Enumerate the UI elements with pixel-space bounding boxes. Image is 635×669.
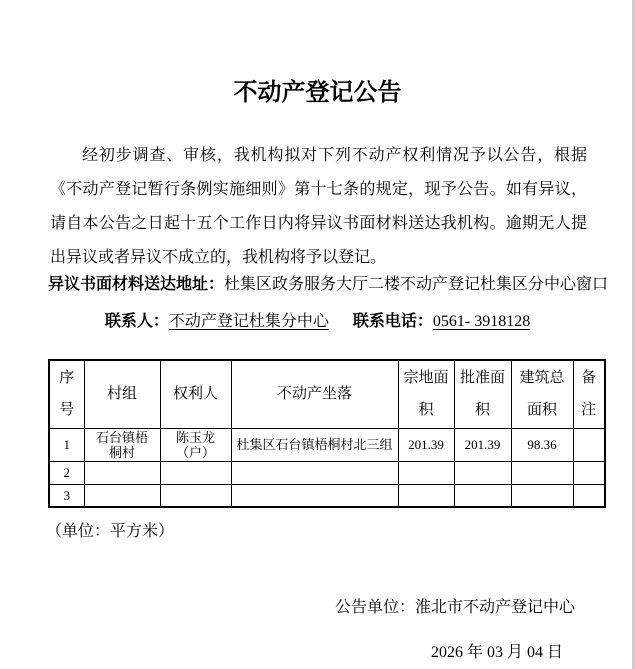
- cell-village: [84, 484, 160, 507]
- col-header-seq: 序 号: [49, 360, 84, 428]
- contact-person-label: 联系人：: [105, 313, 169, 330]
- cell-approved-area: [454, 484, 511, 507]
- col-header-rightsholder: 权利人: [160, 360, 231, 428]
- cell-approved-area: [454, 461, 511, 484]
- announcement-table: 序 号 村组 权利人 不动产坐落 宗地面 积 批准面 积 建筑总 面积 备 注 …: [48, 359, 606, 508]
- cell-seq: 2: [49, 461, 84, 484]
- issuer-line: 公告单位：淮北市不动产登记中心: [335, 594, 575, 617]
- cell-rightsholder: [160, 461, 231, 484]
- objection-address-line: 异议书面材料送达地址：杜集区政务服务大厅二楼不动产登记杜集区分中心窗口: [48, 271, 633, 294]
- cell-seq: 1: [49, 428, 84, 461]
- cell-village: [84, 461, 160, 484]
- announcement-date: 2026 年 03 月 04 日: [431, 639, 563, 662]
- cell-parcel-area: [398, 461, 454, 484]
- cell-building-area: [511, 461, 573, 484]
- cell-village: 石台镇梧 桐村: [84, 428, 160, 461]
- table-row: 1 石台镇梧 桐村 陈玉龙 （户） 杜集区石台镇梧桐村北三组 201.39 20…: [49, 428, 605, 461]
- cell-building-area: 98.36: [511, 428, 573, 461]
- issuer-label: 公告单位：: [335, 599, 415, 616]
- cell-parcel-area: 201.39: [398, 428, 454, 461]
- col-header-parcel-area: 宗地面 积: [398, 360, 454, 428]
- announcement-document: 不动产登记公告 经初步调查、审核，我机构拟对下列不动产权利情况予以公告，根据《不…: [0, 0, 635, 669]
- col-header-location: 不动产坐落: [231, 360, 398, 428]
- cell-building-area: [511, 484, 573, 507]
- issuer-value: 淮北市不动产登记中心: [415, 599, 575, 616]
- contact-phone-value: 0561- 3918128: [433, 313, 530, 330]
- cell-remarks: [573, 484, 605, 507]
- col-header-building-area: 建筑总 面积: [511, 360, 573, 428]
- contact-person-value: 不动产登记杜集分中心: [169, 313, 329, 330]
- cell-rightsholder: [160, 484, 231, 507]
- contact-line: 联系人：不动产登记杜集分中心联系电话：0561- 3918128: [0, 308, 635, 331]
- cell-approved-area: 201.39: [454, 428, 511, 461]
- page-title: 不动产登记公告: [0, 72, 635, 107]
- unit-note: （单位：平方米）: [46, 518, 174, 541]
- col-header-remarks: 备 注: [573, 360, 605, 428]
- cell-remarks: [573, 428, 605, 461]
- table-row: 3: [49, 484, 605, 507]
- objection-address-label: 异议书面材料送达地址：: [48, 276, 224, 293]
- col-header-approved-area: 批准面 积: [454, 360, 511, 428]
- cell-location: 杜集区石台镇梧桐村北三组: [231, 428, 398, 461]
- table-row: 2: [49, 461, 605, 484]
- announcement-paragraph: 经初步调查、审核，我机构拟对下列不动产权利情况予以公告，根据《不动产登记暂行条例…: [50, 139, 587, 275]
- cell-rightsholder: 陈玉龙 （户）: [160, 428, 231, 461]
- cell-remarks: [573, 461, 605, 484]
- objection-address-value: 杜集区政务服务大厅二楼不动产登记杜集区分中心窗口: [224, 276, 608, 293]
- cell-location: [231, 461, 398, 484]
- cell-seq: 3: [49, 484, 84, 507]
- contact-phone-label: 联系电话：: [329, 313, 433, 330]
- cell-parcel-area: [398, 484, 454, 507]
- col-header-village: 村组: [84, 360, 160, 428]
- table-header-row: 序 号 村组 权利人 不动产坐落 宗地面 积 批准面 积 建筑总 面积 备 注: [49, 360, 605, 428]
- cell-location: [231, 484, 398, 507]
